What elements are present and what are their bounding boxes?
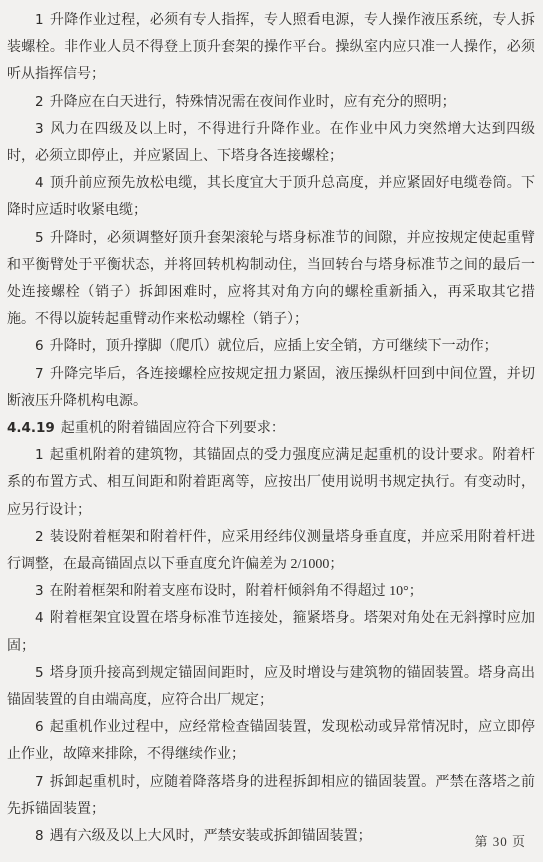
clause-paragraph: 3风力在四级及以上时，不得进行升降作业。在作业中风力突然增大达到四级时，必须立即… [7,116,535,170]
clause-text: 附着框架宜设置在塔身标准节连接处，箍紧塔身。塔架对角处在无斜撑时应加固； [7,611,535,653]
clause-number: 5 [35,665,50,681]
section-heading-text: 起重机的附着锚固应符合下列要求： [61,421,285,436]
clause-number: 7 [35,366,50,382]
clause-text: 升降应在白天进行，特殊情况需在夜间作业时，应有充分的照明； [50,95,456,110]
clause-number: 8 [35,828,50,844]
clause-paragraph: 5升降时，必须调整好顶升套架滚轮与塔身标准节的间隙，并应按规定使起重臂和平衡臂处… [7,225,535,334]
document-body: 1升降作业过程，必须有专人指挥，专人照看电源，专人操作液压系统，专人拆装螺栓。非… [7,7,535,850]
clause-number: 7 [35,774,50,790]
clause-number: 3 [35,121,50,137]
clause-number: 4 [35,610,50,626]
clause-paragraph: 7升降完毕后，各连接螺栓应按规定扭力紧固，液压操纵杆回到中间位置，并切断液压升降… [7,361,535,415]
clause-text: 遇有六级及以上大风时，严禁安装或拆卸锚固装置； [50,829,372,844]
clause-paragraph: 2升降应在白天进行，特殊情况需在夜间作业时，应有充分的照明； [7,89,535,116]
clause-text: 升降完毕后，各连接螺栓应按规定扭力紧固，液压操纵杆回到中间位置，并切断液压升降机… [7,367,535,409]
clause-paragraph: 7拆卸起重机时，应随着降落塔身的进程拆卸相应的锚固装置。严禁在落塔之前先拆锚固装… [7,769,535,823]
clause-paragraph: 6起重机作业过程中，应经常检查锚固装置，发现松动或异常情况时，应立即停止作业，故… [7,714,535,768]
clause-text: 升降作业过程，必须有专人指挥，专人照看电源，专人操作液压系统，专人拆装螺栓。非作… [7,13,535,82]
clause-number: 2 [35,94,50,110]
clause-text: 在附着框架和附着支座布设时，附着杆倾斜角不得超过 10°； [50,584,423,599]
clause-paragraph: 1起重机附着的建筑物，其锚固点的受力强度应满足起重机的设计要求。附着杆系的布置方… [7,442,535,524]
clause-number: 6 [35,338,50,354]
clause-paragraph: 4附着框架宜设置在塔身标准节连接处，箍紧塔身。塔架对角处在无斜撑时应加固； [7,605,535,659]
clause-number: 6 [35,719,50,735]
clause-paragraph: 5塔身顶升接高到规定锚固间距时，应及时增设与建筑物的锚固装置。塔身高出锚固装置的… [7,660,535,714]
section-heading: 4.4.19起重机的附着锚固应符合下列要求： [7,415,535,442]
clause-paragraph: 8遇有六级及以上大风时，严禁安装或拆卸锚固装置； [7,823,535,850]
clause-text: 风力在四级及以上时，不得进行升降作业。在作业中风力突然增大达到四级时，必须立即停… [7,122,535,164]
clause-text: 起重机作业过程中，应经常检查锚固装置，发现松动或异常情况时，应立即停止作业，故障… [7,720,535,762]
clause-paragraph: 1升降作业过程，必须有专人指挥，专人照看电源，专人操作液压系统，专人拆装螺栓。非… [7,7,535,89]
page-number: 第 30 页 [474,831,526,850]
clause-paragraph: 3在附着框架和附着支座布设时，附着杆倾斜角不得超过 10°； [7,578,535,605]
section-number: 4.4.19 [7,420,61,436]
clause-number: 1 [35,12,50,28]
clause-paragraph: 4顶升前应预先放松电缆，其长度宜大于顶升总高度，并应紧固好电缆卷筒。下降时应适时… [7,170,535,224]
clause-number: 4 [35,175,50,191]
clause-number: 2 [35,529,50,545]
clause-number: 1 [35,447,50,463]
clause-text: 装设附着框架和附着杆件，应采用经纬仪测量塔身垂直度，并应采用附着杆进行调整，在最… [7,530,535,572]
clause-text: 拆卸起重机时，应随着降落塔身的进程拆卸相应的锚固装置。严禁在落塔之前先拆锚固装置… [7,775,535,817]
clause-text: 升降时，顶升撑脚（爬爪）就位后，应插上安全销，方可继续下一动作； [50,339,498,354]
clause-paragraph: 6升降时，顶升撑脚（爬爪）就位后，应插上安全销，方可继续下一动作； [7,333,535,360]
clause-text: 顶升前应预先放松电缆，其长度宜大于顶升总高度，并应紧固好电缆卷筒。下降时应适时收… [7,176,535,218]
document-page: 1升降作业过程，必须有专人指挥，专人照看电源，专人操作液压系统，专人拆装螺栓。非… [0,0,543,862]
clause-number: 5 [35,230,50,246]
clause-text: 塔身顶升接高到规定锚固间距时，应及时增设与建筑物的锚固装置。塔身高出锚固装置的自… [7,666,535,708]
clause-number: 3 [35,583,50,599]
clause-text: 升降时，必须调整好顶升套架滚轮与塔身标准节的间隙，并应按规定使起重臂和平衡臂处于… [7,231,535,328]
clause-text: 起重机附着的建筑物，其锚固点的受力强度应满足起重机的设计要求。附着杆系的布置方式… [7,448,535,517]
clause-paragraph: 2装设附着框架和附着杆件，应采用经纬仪测量塔身垂直度，并应采用附着杆进行调整，在… [7,524,535,578]
